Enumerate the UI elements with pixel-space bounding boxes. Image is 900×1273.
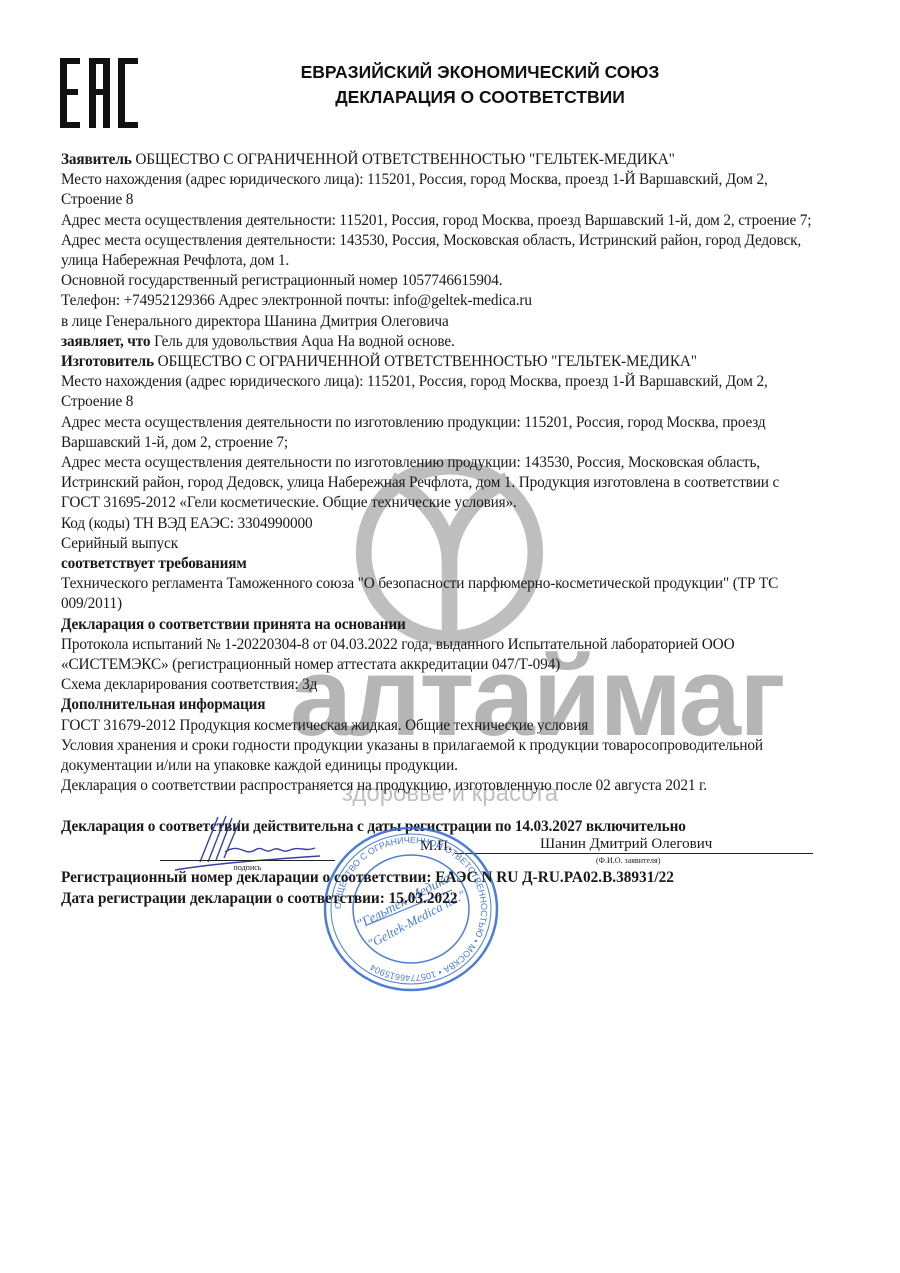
manufacturer-legal-address: Место нахождения (адрес юридического лиц… [61, 372, 821, 412]
release-type: Серийный выпуск [61, 534, 821, 554]
full-name-caption: (Ф.И.О. заявителя) [596, 856, 660, 865]
tn-ved-code: Код (коды) ТН ВЭД ЕАЭС: 3304990000 [61, 514, 821, 534]
document-title: ДЕКЛАРАЦИЯ О СООТВЕТСТВИИ [200, 85, 760, 110]
requirements-text: Технического регламента Таможенного союз… [61, 574, 821, 614]
additional-scope: Декларация о соответствии распространяет… [61, 776, 821, 796]
declares-label: заявляет, что [61, 333, 150, 350]
document-header: ЕВРАЗИЙСКИЙ ЭКОНОМИЧЕСКИЙ СОЮЗ ДЕКЛАРАЦИ… [200, 60, 760, 110]
applicant-name: ОБЩЕСТВО С ОГРАНИЧЕННОЙ ОТВЕТСТВЕННОСТЬЮ… [132, 151, 675, 168]
union-title: ЕВРАЗИЙСКИЙ ЭКОНОМИЧЕСКИЙ СОЮЗ [200, 60, 760, 85]
applicant-activity-address-2: Адрес места осуществления деятельности: … [61, 231, 821, 271]
full-name-line [455, 853, 813, 854]
applicant-label: Заявитель [61, 151, 132, 168]
registration-date: Дата регистрации декларации о соответств… [61, 889, 674, 910]
applicant-representative: в лице Генерального директора Шанина Дми… [61, 312, 821, 332]
declaration-scheme: Схема декларирования соответствия: 3д [61, 675, 821, 695]
additional-gost: ГОСТ 31679-2012 Продукция косметическая … [61, 716, 821, 736]
registration-block: Регистрационный номер декларации о соотв… [61, 868, 674, 909]
applicant-full-name: Шанин Дмитрий Олегович [540, 836, 712, 853]
manufacturer-line: Изготовитель ОБЩЕСТВО С ОГРАНИЧЕННОЙ ОТВ… [61, 352, 821, 372]
signature-line [160, 860, 335, 861]
applicant-legal-address: Место нахождения (адрес юридического лиц… [61, 170, 821, 210]
eac-mark-icon [60, 58, 138, 128]
product-name: Гель для удовольствия Aqua На водной осн… [150, 333, 454, 350]
registration-number: Регистрационный номер декларации о соотв… [61, 868, 674, 889]
applicant-activity-address-1: Адрес места осуществления деятельности: … [61, 211, 821, 231]
declaration-page: ЕВРАЗИЙСКИЙ ЭКОНОМИЧЕСКИЙ СОЮЗ ДЕКЛАРАЦИ… [0, 0, 900, 1273]
manufacturer-name: ОБЩЕСТВО С ОГРАНИЧЕННОЙ ОТВЕТСТВЕННОСТЬЮ… [154, 353, 697, 370]
company-seal-icon: ОБЩЕСТВО С ОГРАНИЧЕННОЙ ОТВЕТСТВЕННОСТЬЮ… [322, 825, 500, 993]
basis-label: Декларация о соответствии принята на осн… [61, 615, 821, 635]
applicant-ogrn: Основной государственный регистрационный… [61, 271, 821, 291]
applicant-line: Заявитель ОБЩЕСТВО С ОГРАНИЧЕННОЙ ОТВЕТС… [61, 150, 821, 170]
manufacturer-production-address-2: Адрес места осуществления деятельности п… [61, 453, 821, 514]
basis-text: Протокола испытаний № 1-20220304-8 от 04… [61, 635, 821, 675]
manufacturer-production-address-1: Адрес места осуществления деятельности п… [61, 413, 821, 453]
additional-info-label: Дополнительная информация [61, 695, 821, 715]
requirements-label: соответствует требованиям [61, 554, 821, 574]
declares-line: заявляет, что Гель для удовольствия Aqua… [61, 332, 821, 352]
manufacturer-label: Изготовитель [61, 353, 154, 370]
applicant-contacts: Телефон: +74952129366 Адрес электронной … [61, 291, 821, 311]
declaration-body: Заявитель ОБЩЕСТВО С ОГРАНИЧЕННОЙ ОТВЕТС… [61, 150, 821, 837]
additional-storage: Условия хранения и сроки годности продук… [61, 736, 821, 776]
